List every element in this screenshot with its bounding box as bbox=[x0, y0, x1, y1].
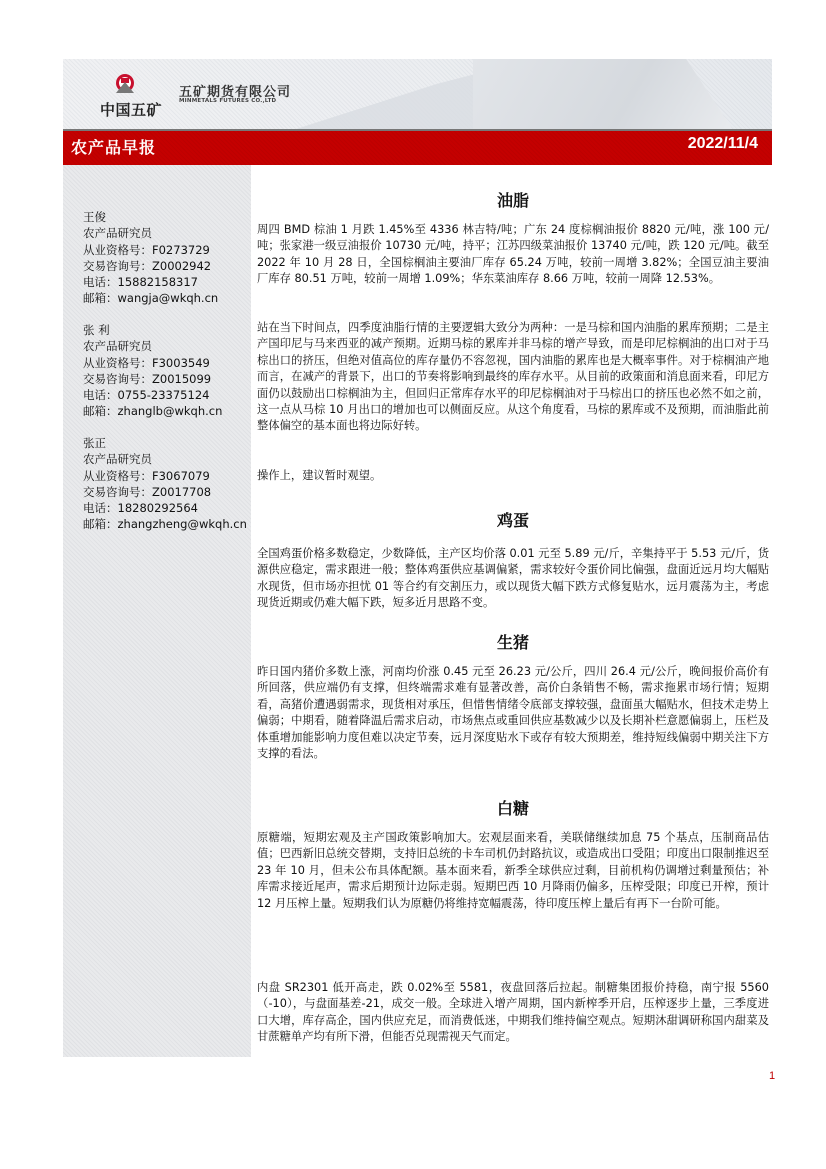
section-title-eggs: 鸡蛋 bbox=[257, 508, 769, 531]
report-title-bar: 农产品早报 2022/11/4 bbox=[63, 131, 772, 165]
paragraph: 站在当下时间点，四季度油脂行情的主要逻辑大致分为两种：一是马棕和国内油脂的累库预… bbox=[257, 320, 769, 435]
paragraph: 昨日国内猪价多数上涨，河南均价涨 0.45 元至 26.23 元/公斤，四川 2… bbox=[257, 664, 769, 762]
section-title-sugar: 白糖 bbox=[257, 796, 769, 819]
analyst-title: 农产品研究员 bbox=[83, 451, 247, 467]
minmetals-emblem-icon bbox=[113, 73, 137, 93]
analyst-consult-id: 交易咨询号：Z0015099 bbox=[83, 371, 222, 387]
analyst-email[interactable]: 邮箱：zhanglb@wkqh.cn bbox=[83, 403, 222, 419]
analyst-title: 农产品研究员 bbox=[83, 225, 218, 241]
analyst-phone: 电话：18280292564 bbox=[83, 500, 247, 516]
paragraph: 内盘 SR2301 低开高走，跌 0.02%至 5581，夜盘回落后拉起。制糖集… bbox=[257, 980, 769, 1046]
header-banner: 中国五矿 五矿期货有限公司 MINMETALS FUTURES CO.,LTD bbox=[63, 59, 772, 130]
analyst-email[interactable]: 邮箱：zhangzheng@wkqh.cn bbox=[83, 516, 247, 532]
paragraph: 原糖端，短期宏观及主产国政策影响加大。宏观层面来看，美联储继续加息 75 个基点… bbox=[257, 830, 769, 912]
analyst-title: 农产品研究员 bbox=[83, 338, 222, 354]
analyst-sidebar: 王俊 农产品研究员 从业资格号：F0273729 交易咨询号：Z0002942 … bbox=[63, 165, 251, 1057]
banner-decoration bbox=[473, 59, 733, 130]
paragraph: 周四 BMD 棕油 1 月跌 1.45%至 4336 林吉特/吨；广东 24 度… bbox=[257, 222, 769, 288]
logo-text: 中国五矿 bbox=[100, 99, 162, 120]
paragraph: 全国鸡蛋价格多数稳定，少数降低，主产区均价落 0.01 元至 5.89 元/斤，… bbox=[257, 546, 769, 612]
analyst-consult-id: 交易咨询号：Z0017708 bbox=[83, 484, 247, 500]
report-date: 2022/11/4 bbox=[688, 135, 758, 153]
analyst-email[interactable]: 邮箱：wangja@wkqh.cn bbox=[83, 290, 218, 306]
analyst-card: 张正 农产品研究员 从业资格号：F3067079 交易咨询号：Z0017708 … bbox=[83, 435, 247, 533]
analyst-license: 从业资格号：F3003549 bbox=[83, 355, 222, 371]
analyst-name: 王俊 bbox=[83, 209, 218, 225]
section-title-oils: 油脂 bbox=[257, 188, 769, 211]
analyst-card: 王俊 农产品研究员 从业资格号：F0273729 交易咨询号：Z0002942 … bbox=[83, 209, 218, 307]
analyst-name: 张正 bbox=[83, 435, 247, 451]
report-title: 农产品早报 bbox=[71, 135, 156, 158]
analyst-phone: 电话：0755-23375124 bbox=[83, 387, 222, 403]
analyst-consult-id: 交易咨询号：Z0002942 bbox=[83, 258, 218, 274]
analyst-license: 从业资格号：F3067079 bbox=[83, 468, 247, 484]
section-title-hogs: 生猪 bbox=[257, 630, 769, 653]
analyst-name: 张 利 bbox=[83, 322, 222, 338]
company-name-en: MINMETALS FUTURES CO.,LTD bbox=[179, 98, 276, 104]
analyst-license: 从业资格号：F0273729 bbox=[83, 242, 218, 258]
page-number: 1 bbox=[769, 1070, 775, 1082]
paragraph: 操作上，建议暂时观望。 bbox=[257, 468, 769, 484]
analyst-card: 张 利 农产品研究员 从业资格号：F3003549 交易咨询号：Z0015099… bbox=[83, 322, 222, 420]
analyst-phone: 电话：15882158317 bbox=[83, 274, 218, 290]
